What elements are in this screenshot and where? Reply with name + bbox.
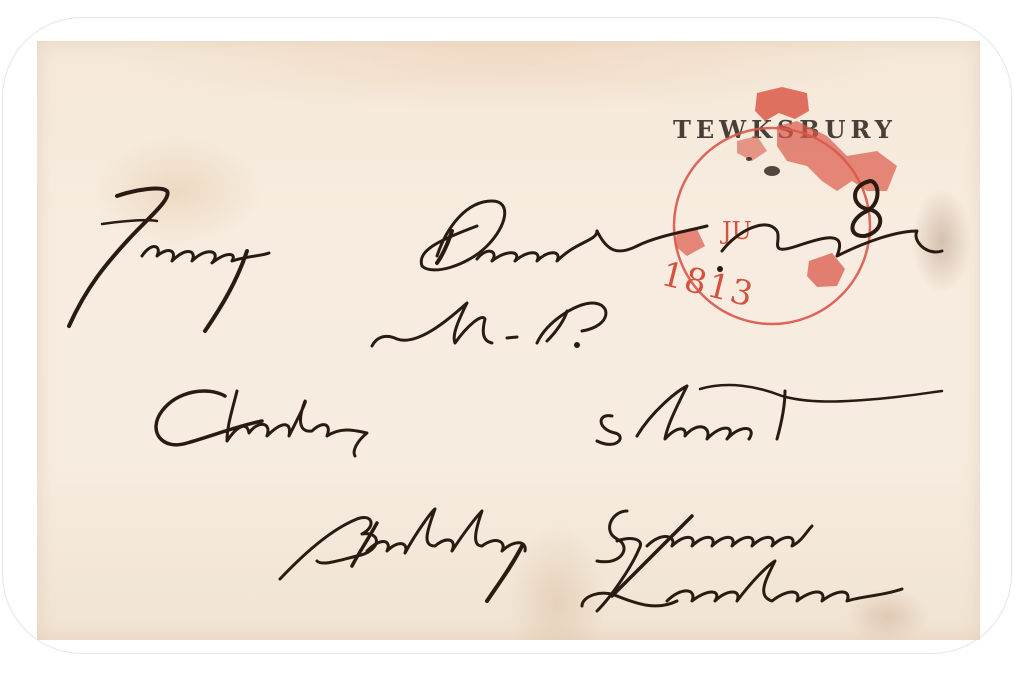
address-line-george-pocock-esq bbox=[69, 189, 942, 331]
cover-artwork bbox=[37, 41, 980, 640]
address-line-berkeley-square bbox=[280, 509, 812, 611]
red-circular-datestamp bbox=[674, 87, 897, 324]
address-line-charles-street bbox=[156, 385, 942, 456]
black-handstamp-smudges bbox=[746, 157, 780, 176]
envelope-cover: TEWKSBURY JU 1813 8 bbox=[37, 41, 980, 640]
address-line-mp bbox=[372, 303, 606, 348]
address-line-london bbox=[582, 516, 902, 606]
